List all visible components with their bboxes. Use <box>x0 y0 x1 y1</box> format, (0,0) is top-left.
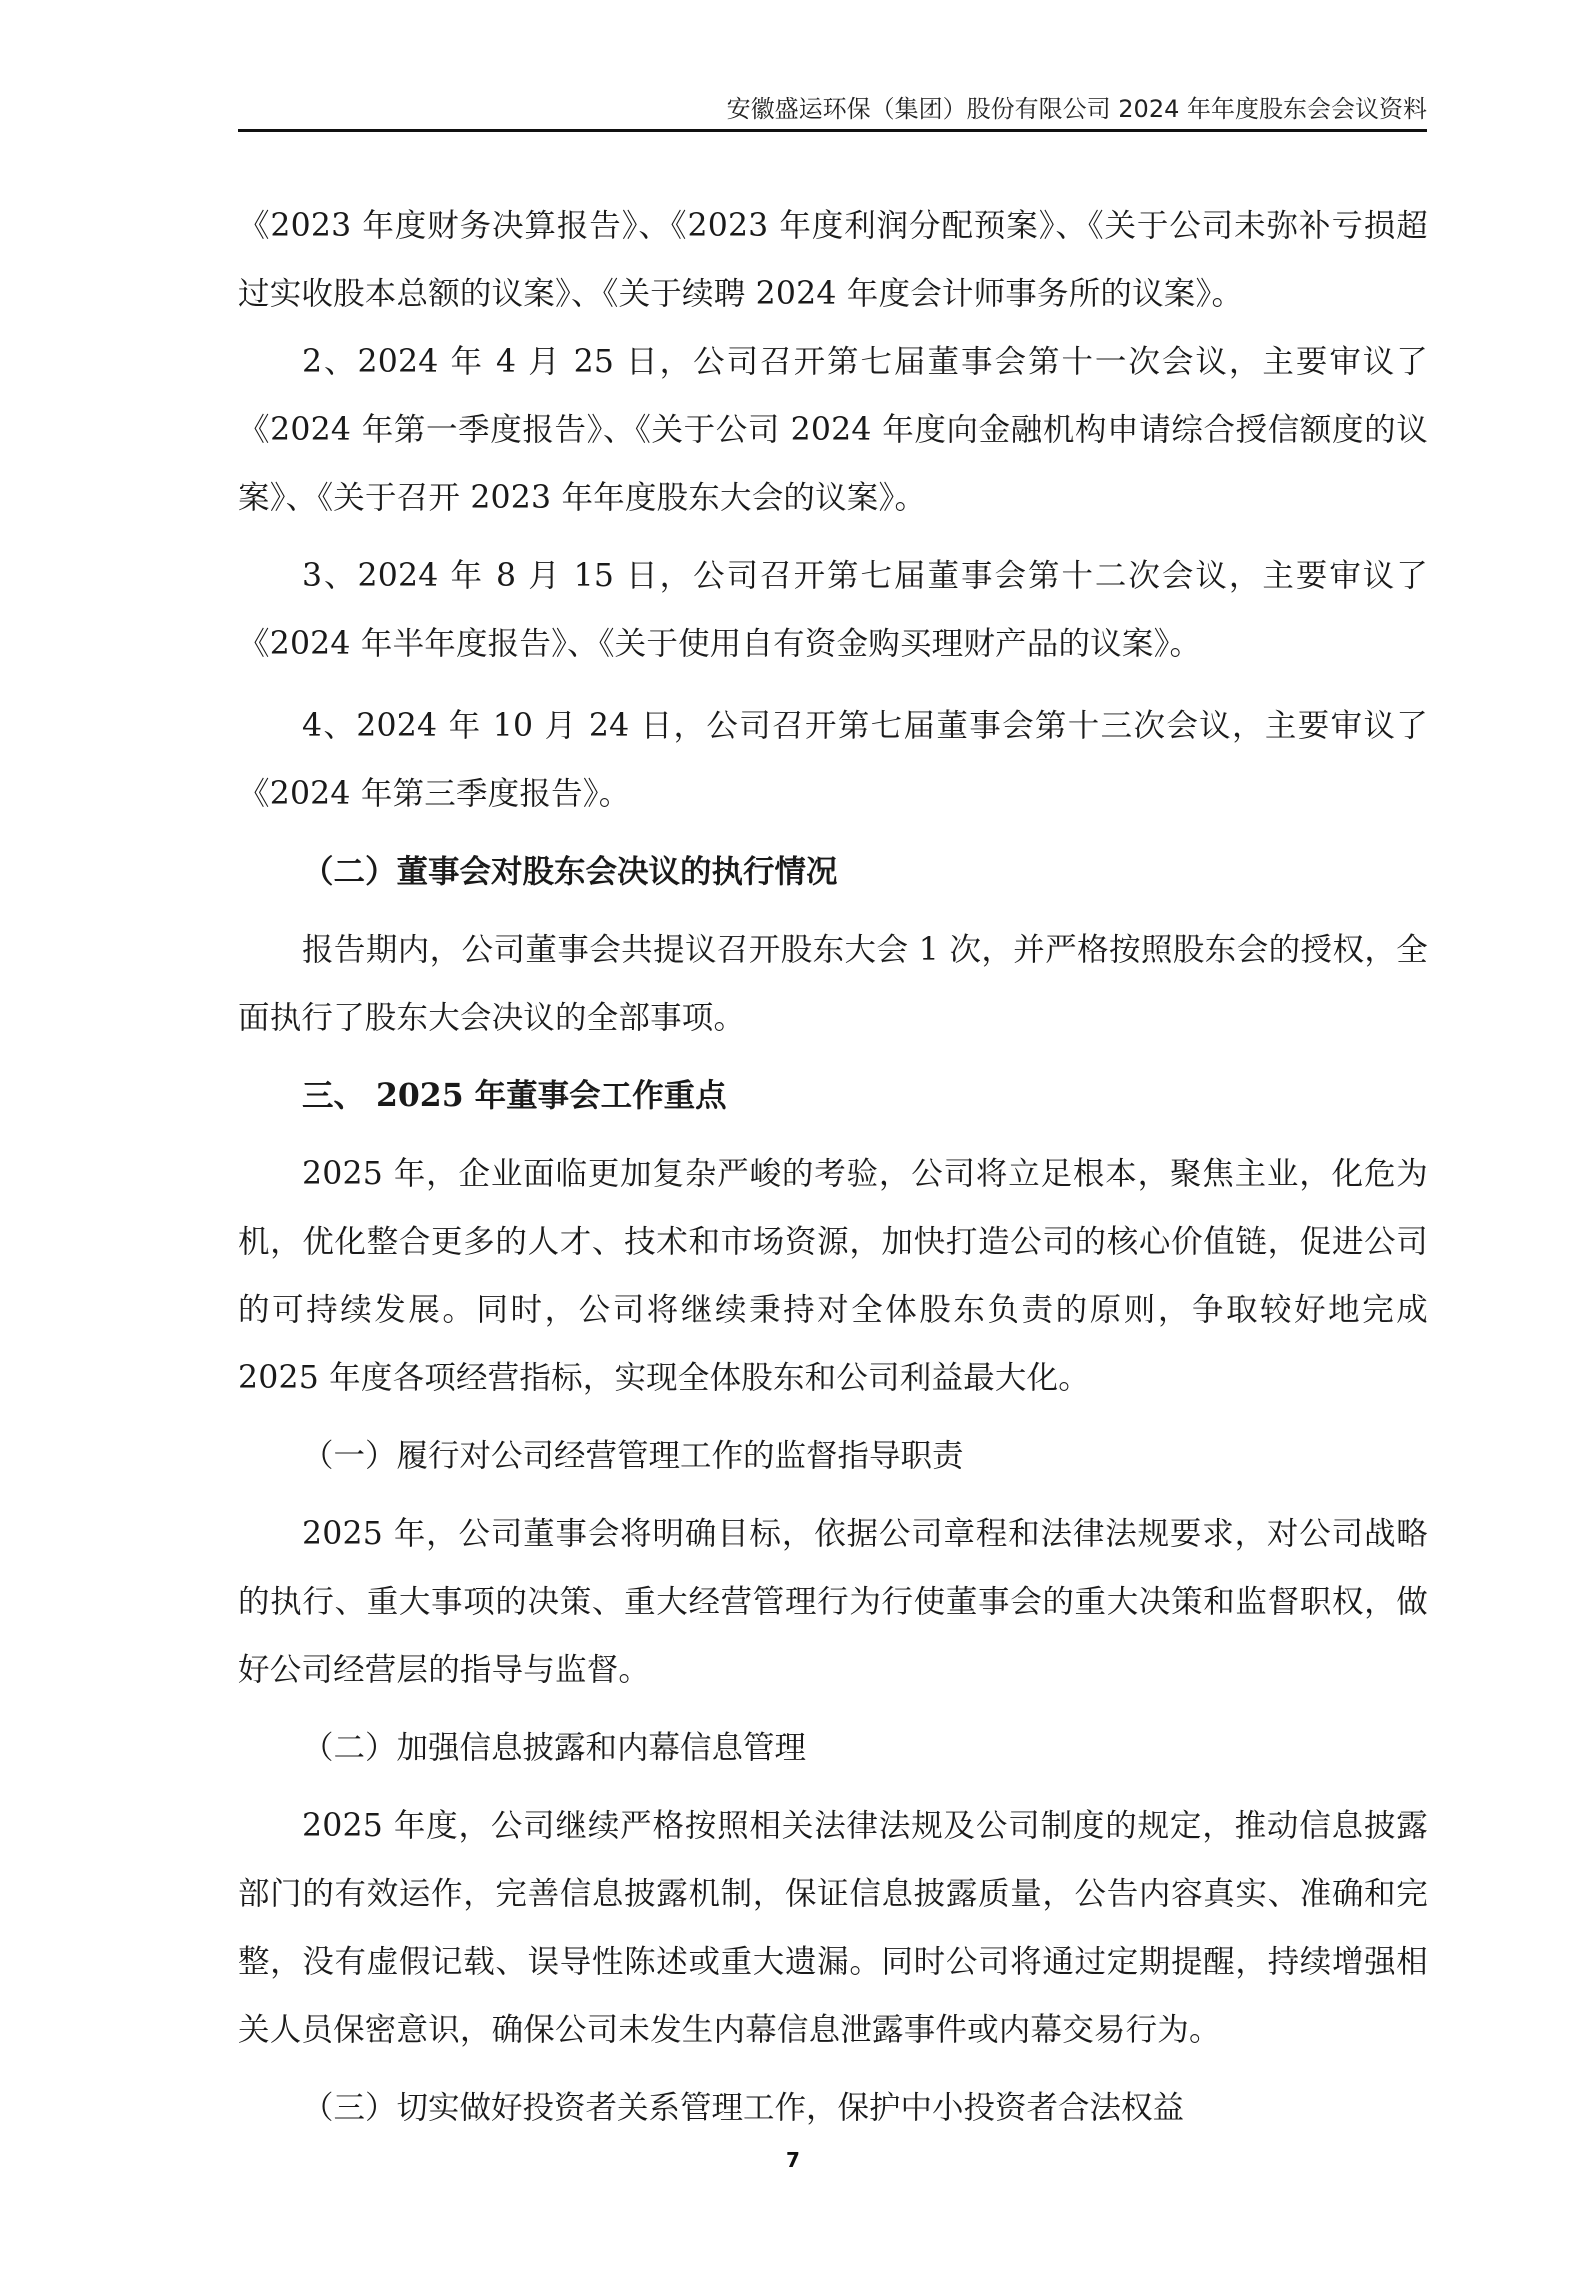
paragraph-resolution-execution: 报告期内，公司董事会共提议召开股东大会 1 次，并严格按照股东会的授权，全面执行… <box>238 916 1428 1052</box>
paragraph-disclosure: 2025 年度，公司继续严格按照相关法律法规及公司制度的规定，推动信息披露部门的… <box>238 1792 1428 2064</box>
document-page: 安徽盛运环保（集团）股份有限公司 2024 年年度股东会会议资料 《2023 年… <box>0 0 1586 2269</box>
running-header: 安徽盛运环保（集团）股份有限公司 2024 年年度股东会会议资料 <box>238 92 1427 130</box>
page-number: 7 <box>0 2148 1586 2172</box>
heading-supervision: （一）履行对公司经营管理工作的监督指导职责 <box>238 1422 1428 1490</box>
heading-2025-focus: 三、 2025 年董事会工作重点 <box>238 1062 1428 1130</box>
paragraph-item-2: 2、2024 年 4 月 25 日，公司召开第七届董事会第十一次会议，主要审议了… <box>238 328 1428 532</box>
paragraph-2025-focus: 2025 年，企业面临更加复杂严峻的考验，公司将立足根本，聚焦主业，化危为机，优… <box>238 1140 1428 1412</box>
header-rule <box>238 129 1427 132</box>
paragraph-item-4: 4、2024 年 10 月 24 日，公司召开第七届董事会第十三次会议，主要审议… <box>238 692 1428 828</box>
document-body: 《2023 年度财务决算报告》、《2023 年度利润分配预案》、《关于公司未弥补… <box>238 192 1428 2142</box>
paragraph-continuation: 《2023 年度财务决算报告》、《2023 年度利润分配预案》、《关于公司未弥补… <box>238 192 1428 328</box>
paragraph-supervision: 2025 年，公司董事会将明确目标，依据公司章程和法律法规要求，对公司战略的执行… <box>238 1500 1428 1704</box>
heading-resolution-execution: （二）董事会对股东会决议的执行情况 <box>238 838 1428 906</box>
paragraph-item-3: 3、2024 年 8 月 15 日，公司召开第七届董事会第十二次会议，主要审议了… <box>238 542 1428 678</box>
heading-disclosure: （二）加强信息披露和内幕信息管理 <box>238 1714 1428 1782</box>
heading-investor-relations: （三）切实做好投资者关系管理工作，保护中小投资者合法权益 <box>238 2074 1428 2142</box>
